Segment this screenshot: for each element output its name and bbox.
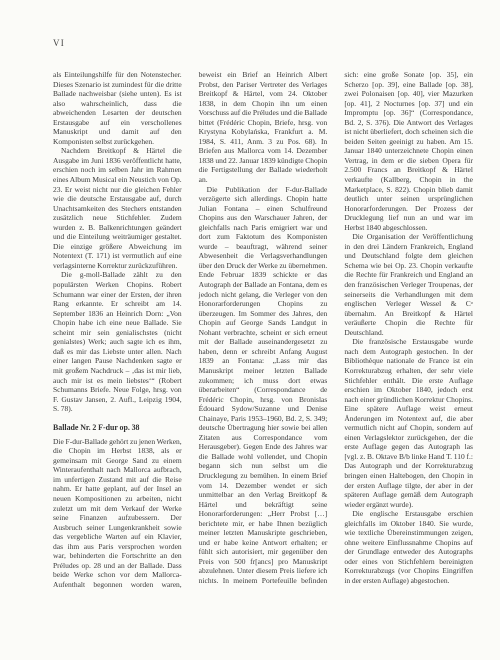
page-number: VI xyxy=(53,38,65,48)
preface-text-columns: als Einteilungshilfe für den Notensteche… xyxy=(53,70,473,592)
section-heading: Ballade Nr. 2 F-dur op. 38 xyxy=(53,423,182,433)
paragraph: Nachdem Breitkopf & Härtel die Ausgabe i… xyxy=(53,146,182,270)
document-page: VI als Einteilungshilfe für den Notenste… xyxy=(0,0,500,660)
paragraph: Die Organisation der Veröffentlichung in… xyxy=(344,232,473,337)
paragraph: Die g-moll-Ballade zählt zu den populärs… xyxy=(53,270,182,413)
paragraph: Die englische Erstausgabe erschien gleic… xyxy=(344,509,473,585)
paragraph: als Einteilungshilfe für den Notensteche… xyxy=(53,70,182,146)
paragraph: Die französische Erstausgabe wurde nach … xyxy=(344,337,473,509)
